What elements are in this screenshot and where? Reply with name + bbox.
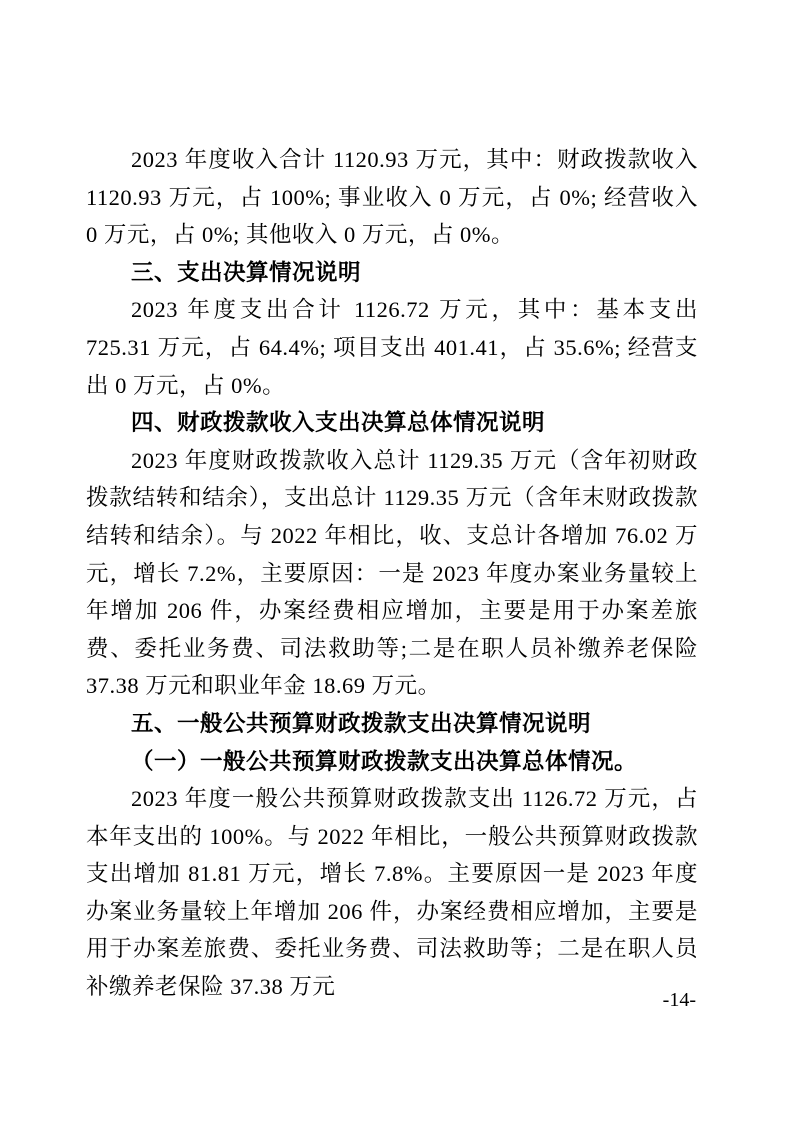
heading-subsection-five-one: （一）一般公共预算财政拨款支出决算总体情况。 bbox=[86, 743, 698, 781]
heading-section-four-fiscal-appropriation: 四、财政拨款收入支出决算总体情况说明 bbox=[86, 404, 698, 442]
document-body: 2023 年度收入合计 1120.93 万元，其中：财政拨款收入 1120.93… bbox=[86, 141, 698, 1006]
heading-section-three-expense: 三、支出决算情况说明 bbox=[86, 254, 698, 292]
paragraph-fiscal-appropriation-summary: 2023 年度财政拨款收入总计 1129.35 万元（含年初财政拨款结转和结余）… bbox=[86, 442, 698, 705]
paragraph-expense-summary: 2023 年度支出合计 1126.72 万元，其中：基本支出 725.31 万元… bbox=[86, 291, 698, 404]
document-page: 2023 年度收入合计 1120.93 万元，其中：财政拨款收入 1120.93… bbox=[0, 0, 793, 1122]
paragraph-general-budget-summary: 2023 年度一般公共预算财政拨款支出 1126.72 万元，占本年支出的 10… bbox=[86, 780, 698, 1006]
paragraph-income-summary: 2023 年度收入合计 1120.93 万元，其中：财政拨款收入 1120.93… bbox=[86, 141, 698, 254]
heading-section-five-general-budget: 五、一般公共预算财政拨款支出决算情况说明 bbox=[86, 705, 698, 743]
page-number: -14- bbox=[663, 988, 696, 1012]
